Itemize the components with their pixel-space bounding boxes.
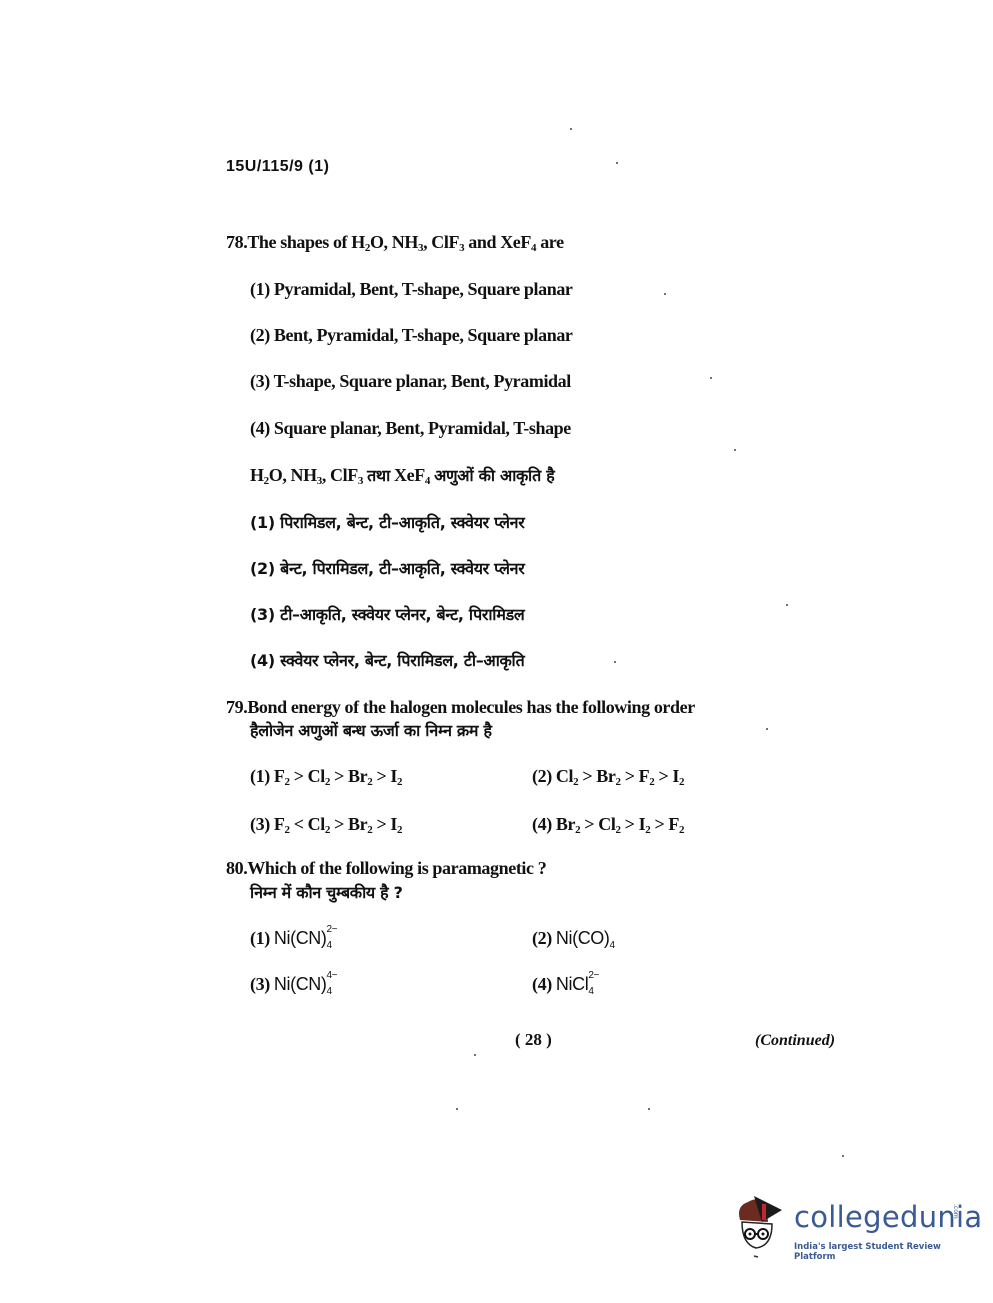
scan-speck [616, 162, 618, 164]
brand-tagline: India's largest Student Review Platform [794, 1242, 972, 1262]
brand-domain: .com [952, 1204, 959, 1219]
scan-speck [766, 728, 768, 730]
scan-speck [614, 661, 616, 663]
option-78-2-hi: (2) बेन्ट, पिरामिडल, टी–आकृति, स्क्वेयर … [250, 557, 524, 579]
continued-label: (Continued) [755, 1032, 835, 1050]
option-78-2-en: (2) Bent, Pyramidal, T-shape, Square pla… [250, 325, 573, 346]
exam-page: 15U/115/9 (1) 78.The shapes of H2O, NH3,… [0, 0, 993, 1303]
question-number: 78. [226, 232, 247, 252]
option-78-4-en: (4) Square planar, Bent, Pyramidal, T-sh… [250, 418, 571, 439]
paper-code: 15U/115/9 (1) [226, 158, 329, 176]
scan-speck [474, 1054, 476, 1056]
question-80-hindi: निम्न में कौन चुम्बकीय है ? [250, 881, 403, 903]
option-79-1: (1) F2 > Cl2 > Br2 > I2 [250, 766, 402, 787]
scan-speck [842, 1155, 844, 1157]
scan-speck [710, 377, 712, 379]
option-78-1-hi: (1) पिरामिडल, बेन्ट, टी–आकृति, स्क्वेयर … [250, 511, 524, 533]
question-78-hindi: H2O, NH3, ClF3 तथा XeF4 अणुओं की आकृति ह… [250, 464, 554, 486]
page-number: ( 28 ) [515, 1030, 552, 1050]
student-mascot-icon [732, 1192, 792, 1262]
option-80-4: (4) NiCl2−4 [532, 974, 588, 995]
option-78-4-hi: (4) स्क्वेयर प्लेनर, बेन्ट, पिरामिडल, टी… [250, 649, 524, 671]
option-80-2: (2) Ni(CO)4 [532, 928, 610, 949]
option-78-1-en: (1) Pyramidal, Bent, T-shape, Square pla… [250, 279, 573, 300]
option-79-2: (2) Cl2 > Br2 > F2 > I2 [532, 766, 684, 787]
scan-speck [648, 1108, 650, 1110]
option-80-1: (1) Ni(CN)2−4 [250, 928, 327, 949]
scan-speck [734, 449, 736, 451]
question-78-english: 78.The shapes of H2O, NH3, ClF3 and XeF4… [226, 232, 564, 253]
question-80-english: 80.Which of the following is paramagneti… [226, 858, 546, 879]
scan-speck [664, 293, 666, 295]
scan-speck [786, 604, 788, 606]
scan-speck [456, 1108, 458, 1110]
collegedunia-logo: collegedunia .com India's largest Studen… [732, 1192, 972, 1262]
question-79-english: 79.Bond energy of the halogen molecules … [226, 697, 695, 718]
option-78-3-hi: (3) टी–आकृति, स्क्वेयर प्लेनर, बेन्ट, पि… [250, 603, 524, 625]
option-79-4: (4) Br2 > Cl2 > I2 > F2 [532, 814, 684, 835]
question-79-hindi: हैलोजेन अणुओं बन्ध ऊर्जा का निम्न क्रम ह… [250, 719, 492, 741]
scan-speck [570, 128, 572, 130]
option-80-3: (3) Ni(CN)4−4 [250, 974, 327, 995]
option-78-3-en: (3) T-shape, Square planar, Bent, Pyrami… [250, 371, 571, 392]
option-79-3: (3) F2 < Cl2 > Br2 > I2 [250, 814, 402, 835]
